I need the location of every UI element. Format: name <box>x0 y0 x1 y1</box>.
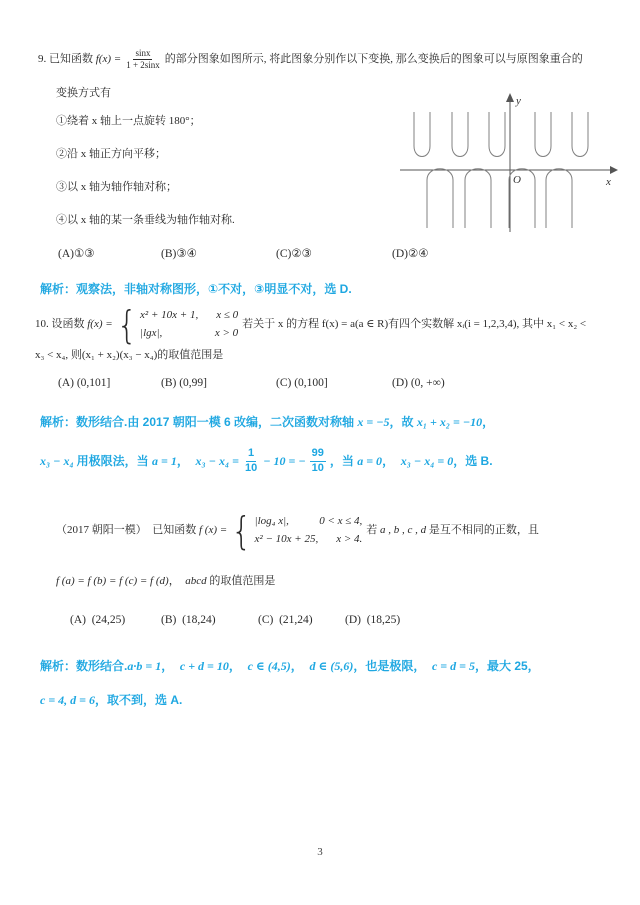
analysis-text-2: ，故 <box>390 414 417 431</box>
left-brace: { <box>231 513 251 549</box>
question-9-stem: 9. 已知函数 f(x) = sinx 1 + 2sinx 的部分图象如图所示,… <box>38 48 626 72</box>
analysis-label: 解析： <box>40 658 76 675</box>
analysis-math-2: c + d = 10 <box>180 658 229 675</box>
choice-a: (A) (0,101] <box>58 377 161 389</box>
question-11-text-2: 是互不相同的正数，且 <box>426 523 539 538</box>
piecewise-line-1: x² + 10x + 1, x ≤ 0 <box>140 308 238 323</box>
choice-d: (D)②④ <box>392 246 429 260</box>
analysis-text-4: ， <box>291 658 310 675</box>
question-11-analysis-line1: 解析： 数形结合. a·b = 1 ， c + d = 10 ， c ∈ (4,… <box>40 658 540 675</box>
piece-2-expr: |lgx|, <box>140 326 162 341</box>
function-graph: y x O <box>396 90 626 241</box>
separator-text: ， <box>169 574 186 589</box>
choice-c: (C)②③ <box>276 246 392 260</box>
analysis-text-5: ，也是极限， <box>353 658 432 675</box>
analysis-text-1: 数形结合. <box>76 658 127 675</box>
fraction-numerator: 99 <box>310 447 326 462</box>
analysis-math-3: c ∈ (4,5) <box>248 658 291 675</box>
question-10-stem-text: 若关于 x 的方程 f(x) = a(a ∈ R)有四个实数解 xᵢ(i = 1… <box>242 317 586 332</box>
choice-c: (C) (0,100] <box>276 377 392 389</box>
analysis-text-1: 数形结合.由 2017 朝阳一模 6 改编，二次函数对称轴 <box>76 414 357 431</box>
fraction-numerator: 1 <box>246 447 256 462</box>
question-9-number-and-prefix: 9. 已知函数 <box>38 52 96 67</box>
x-axis-label: x <box>605 176 611 188</box>
analysis-math-1: a·b = 1 <box>127 658 161 675</box>
lower-branches <box>427 169 572 228</box>
equation-math: f (a) = f (b) = f (c) = f (d) <box>56 574 169 589</box>
y-axis-label: y <box>515 95 521 107</box>
fraction-denominator: 1 + 2sinx <box>124 60 162 71</box>
range-text: 的取值范围是 <box>207 574 276 589</box>
choice-d: (D) (0, +∞) <box>392 377 445 389</box>
choice-c: (C) (21,24) <box>258 614 345 626</box>
upper-branches <box>414 112 588 157</box>
analysis-math-3: x₃ − x₄ = <box>196 453 239 470</box>
option-2: ②沿 x 轴正方向平移； <box>56 145 235 164</box>
analysis-math-1: x = −5 <box>357 414 389 431</box>
question-10-analysis-line1: 解析： 数形结合.由 2017 朝阳一模 6 改编，二次函数对称轴 x = −5… <box>40 414 494 431</box>
question-11-source-and-prefix: （2017 朝阳一模） 已知函数 <box>56 523 199 538</box>
document-page: { "page": { "number": "3" }, "colors": {… <box>0 0 640 905</box>
piece-2-cond: x > 0 <box>215 326 238 341</box>
analysis-text-2: ， <box>161 658 180 675</box>
analysis-text-3: ， <box>482 414 494 431</box>
question-11-math-1: a , b , c , d <box>380 523 426 538</box>
fraction-99-over-10: 99 10 <box>310 447 326 476</box>
option-1: ①绕着 x 轴上一点旋转 180°； <box>56 112 235 131</box>
origin-label: O <box>513 174 521 186</box>
piece-2-expr: x² − 10x + 25, <box>255 532 319 547</box>
question-9-analysis: 解析： 观察法，非轴对称图形，①不对，③明显不对，选 D. <box>40 281 352 298</box>
fraction-1-over-10: 1 10 <box>243 447 259 476</box>
analysis-math-2: a = 1 <box>152 453 177 470</box>
analysis-text-2: ， <box>177 453 196 470</box>
analysis-text-3: ， <box>229 658 248 675</box>
choice-a: (A) (24,25) <box>70 614 161 626</box>
question-10-stem: 10. 设函数 f(x) = { x² + 10x + 1, x ≤ 0 |lg… <box>35 308 635 342</box>
analysis-math-1: x₃ − x₄ <box>40 453 77 470</box>
question-11-stem: （2017 朝阳一模） 已知函数 f (x) = { |log₄ x|, 0 <… <box>56 514 626 548</box>
analysis-math-1: c = 4, d = 6 <box>40 692 95 709</box>
analysis-text-4: ， <box>382 453 401 470</box>
piecewise-line-2: |lgx|, x > 0 <box>140 326 238 341</box>
option-3: ③以 x 轴为轴作轴对称； <box>56 178 235 197</box>
analysis-math-2: x₁ + x₂ = −10 <box>417 414 482 431</box>
analysis-math-4: − 10 = − <box>263 453 305 470</box>
piecewise-line-2: x² − 10x + 25, x > 4. <box>255 532 363 547</box>
fraction-denominator: 10 <box>310 462 326 476</box>
piece-1-cond: 0 < x ≤ 4, <box>319 514 362 529</box>
question-9-stem-text: 的部分图象如图所示, 将此图象分别作以下变换, 那么变换后的图象可以与原图象重合… <box>165 52 583 67</box>
choice-b: (B) (18,24) <box>161 614 258 626</box>
analysis-math-6: x₃ − x₄ = 0 <box>401 453 453 470</box>
question-9-options: ①绕着 x 轴上一点旋转 180°； ②沿 x 轴正方向平移； ③以 x 轴为轴… <box>56 112 235 244</box>
left-brace: { <box>117 307 137 343</box>
analysis-math-5: a = 0 <box>357 453 382 470</box>
piecewise-function: { x² + 10x + 1, x ≤ 0 |lgx|, x > 0 <box>117 308 238 342</box>
piecewise-function: { |log₄ x|, 0 < x ≤ 4, x² − 10x + 25, x … <box>231 514 362 548</box>
analysis-label: 解析： <box>40 414 76 431</box>
choice-b: (B)③④ <box>161 246 276 260</box>
analysis-text-1: ，取不到，选 A. <box>95 692 182 709</box>
option-4: ④以 x 轴的某一条垂线为轴作轴对称. <box>56 211 235 230</box>
piecewise-line-1: |log₄ x|, 0 < x ≤ 4, <box>255 514 363 529</box>
function-notation: f(x) = <box>87 317 112 332</box>
analysis-text: 观察法，非轴对称图形，①不对，③明显不对，选 D. <box>76 281 352 298</box>
fraction-sinx: sinx 1 + 2sinx <box>124 48 162 72</box>
question-10-choices: (A) (0,101] (B) (0,99] (C) (0,100] (D) (… <box>58 377 445 389</box>
fraction-numerator: sinx <box>133 48 152 60</box>
piece-1-expr: x² + 10x + 1, <box>140 308 198 323</box>
analysis-math-4: d ∈ (5,6) <box>309 658 353 675</box>
question-10-stem-line2: x₃ < x₄, 则(x₁ + x₂)(x₃ − x₄)的取值范围是 <box>35 346 223 362</box>
analysis-text-5: ，选 B. <box>453 453 492 470</box>
abcd-math: abcd <box>185 574 206 589</box>
choice-a: (A)①③ <box>58 246 161 260</box>
question-11-text-1: 若 <box>366 523 380 538</box>
question-11-choices: (A) (24,25) (B) (18,24) (C) (21,24) (D) … <box>70 614 400 626</box>
choice-d: (D) (18,25) <box>345 614 400 626</box>
graph-svg: y x O <box>396 90 626 238</box>
analysis-math-5: c = d = 5 <box>432 658 475 675</box>
piece-2-cond: x > 4. <box>336 532 362 547</box>
analysis-text-1: 用极限法，当 <box>77 453 152 470</box>
piece-1-cond: x ≤ 0 <box>216 308 238 323</box>
piece-1-expr: |log₄ x|, <box>255 514 289 529</box>
choice-b: (B) (0,99] <box>161 377 276 389</box>
function-notation: f (x) = <box>199 523 227 538</box>
analysis-text-3: ，当 <box>330 453 357 470</box>
question-11-stem-line2: f (a) = f (b) = f (c) = f (d) ， abcd 的取值… <box>56 574 275 589</box>
question-9-stem-line2: 变换方式有 <box>56 84 111 100</box>
question-9-choices: (A)①③ (B)③④ (C)②③ (D)②④ <box>58 246 429 260</box>
question-10-analysis-line2: x₃ − x₄ 用极限法，当 a = 1 ， x₃ − x₄ = 1 10 − … <box>40 444 493 478</box>
x-axis-arrow <box>610 166 618 174</box>
question-10-number-and-prefix: 10. 设函数 <box>35 317 87 332</box>
fraction-denominator: 10 <box>243 462 259 476</box>
function-notation: f(x) = <box>96 52 121 67</box>
page-number: 3 <box>0 846 640 858</box>
question-11-analysis-line2: c = 4, d = 6 ，取不到，选 A. <box>40 692 182 709</box>
y-axis-arrow <box>506 93 514 102</box>
analysis-text-6: ，最大 25， <box>475 658 540 675</box>
analysis-label: 解析： <box>40 281 76 298</box>
